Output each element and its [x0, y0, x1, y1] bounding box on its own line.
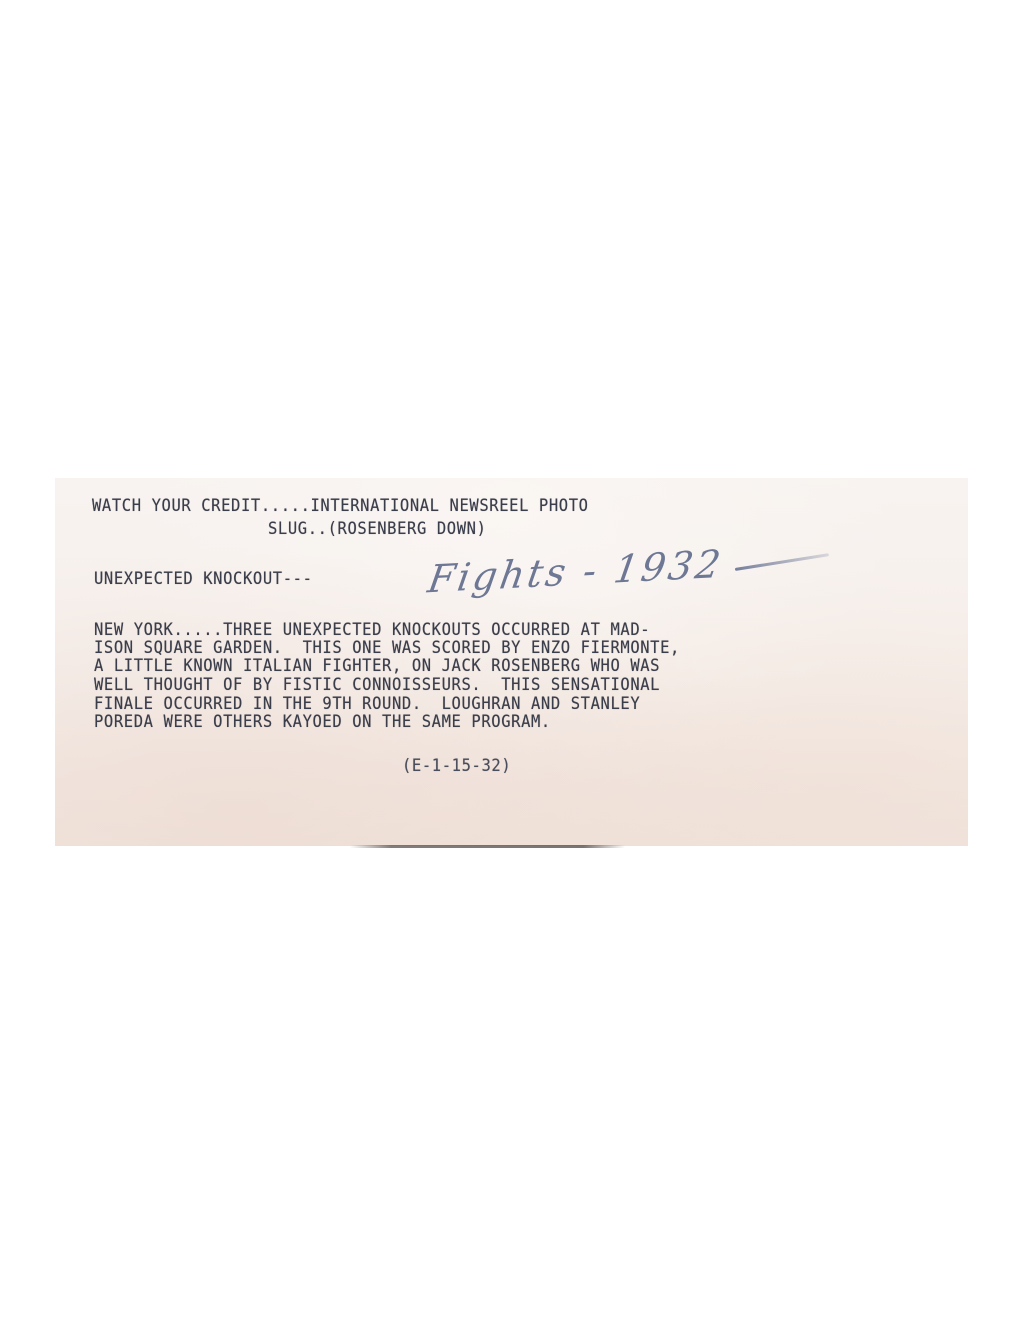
body-line: NEW YORK.....THREE UNEXPECTED KNOCKOUTS …: [94, 622, 650, 639]
body-line: ISON SQUARE GARDEN. THIS ONE WAS SCORED …: [94, 640, 680, 657]
credit-line: WATCH YOUR CREDIT.....INTERNATIONAL NEWS…: [92, 498, 589, 515]
body-line: POREDA WERE OTHERS KAYOED ON THE SAME PR…: [94, 714, 551, 731]
body-line: WELL THOUGHT OF BY FISTIC CONNOISSEURS. …: [94, 677, 660, 694]
reference-code: (E-1-15-32): [402, 758, 511, 775]
body-line: A LITTLE KNOWN ITALIAN FIGHTER, ON JACK …: [94, 658, 660, 675]
body-line: FINALE OCCURRED IN THE 9TH ROUND. LOUGHR…: [94, 696, 640, 713]
slug-line: SLUG..(ROSENBERG DOWN): [268, 521, 487, 538]
headline: UNEXPECTED KNOCKOUT---: [94, 571, 313, 588]
paper-edge-shadow: [350, 845, 625, 848]
